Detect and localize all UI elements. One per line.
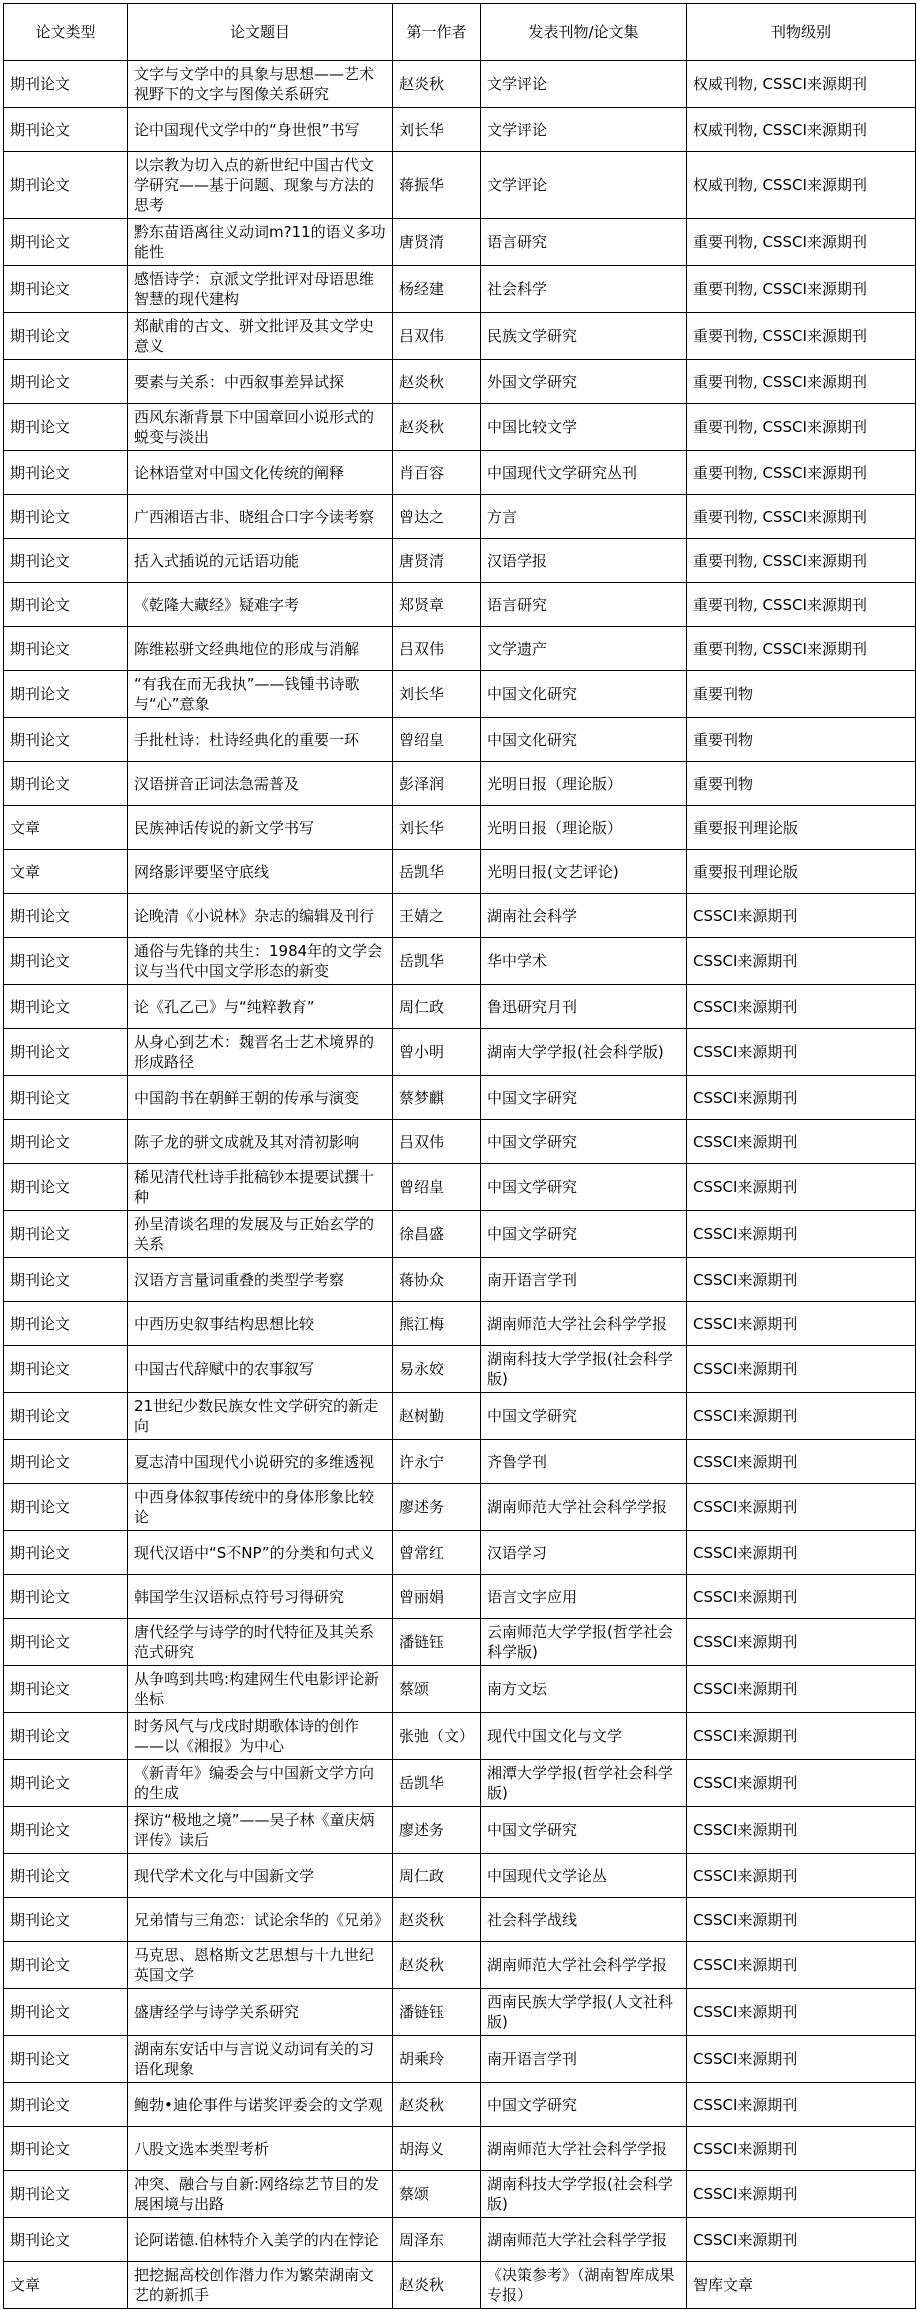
cell-journal-level: CSSCI来源期刊 (687, 1713, 916, 1760)
table-row: 期刊论文“有我在而无我执”——钱锺书诗歌与“心”意象刘长华中国文化研究重要刊物 (4, 671, 916, 718)
table-row: 文章把挖掘高校创作潜力作为繁荣湖南文艺的新抓手赵炎秋《决策参考》（湖南智库成果专… (4, 2262, 916, 2309)
cell-journal: 汉语学习 (481, 1531, 687, 1575)
cell-journal: 中国现代文学研究丛刊 (481, 451, 687, 495)
cell-paper-title: 中西身体叙事传统中的身体形象比较论 (128, 1484, 393, 1531)
cell-journal: 鲁迅研究月刊 (481, 985, 687, 1029)
table-body: 期刊论文文字与文学中的具象与思想——艺术视野下的文字与图像关系研究赵炎秋文学评论… (4, 61, 916, 2309)
table-row: 期刊论文现代汉语中“S不NP”的分类和句式义曾常红汉语学习CSSCI来源期刊 (4, 1531, 916, 1575)
cell-paper-title: 孙呈清谈名理的发展及与正始玄学的关系 (128, 1211, 393, 1258)
table-row: 期刊论文通俗与先锋的共生：1984年的文学会议与当代中国文学形态的新变岳凯华华中… (4, 938, 916, 985)
cell-paper-type: 期刊论文 (4, 152, 128, 219)
cell-paper-title: 从争鸣到共鸣:构建网生代电影评论新坐标 (128, 1666, 393, 1713)
cell-journal-level: CSSCI来源期刊 (687, 1346, 916, 1393)
header-paper-type: 论文类型 (4, 4, 128, 61)
cell-paper-title: 把挖掘高校创作潜力作为繁荣湖南文艺的新抓手 (128, 2262, 393, 2309)
cell-paper-title: 《乾隆大藏经》疑难字考 (128, 583, 393, 627)
cell-paper-type: 文章 (4, 2262, 128, 2309)
cell-journal-level: CSSCI来源期刊 (687, 894, 916, 938)
cell-journal: 南开语言学刊 (481, 2036, 687, 2083)
cell-journal: 中国现代文学论丛 (481, 1854, 687, 1898)
cell-journal-level: CSSCI来源期刊 (687, 1760, 916, 1807)
cell-journal-level: CSSCI来源期刊 (687, 1989, 916, 2036)
table-row: 期刊论文稀见清代杜诗手批稿钞本提要试撰十种曾绍皇中国文学研究CSSCI来源期刊 (4, 1164, 916, 1211)
cell-paper-type: 文章 (4, 850, 128, 894)
table-row: 期刊论文黔东苗语离往义动词m?11的语义多功能性唐贤清语言研究重要刊物, CSS… (4, 219, 916, 266)
cell-paper-title: 通俗与先锋的共生：1984年的文学会议与当代中国文学形态的新变 (128, 938, 393, 985)
cell-first-author: 熊江梅 (393, 1302, 481, 1346)
cell-journal-level: 重要刊物, CSSCI来源期刊 (687, 451, 916, 495)
cell-first-author: 岳凯华 (393, 850, 481, 894)
cell-paper-title: 汉语方言量词重叠的类型学考察 (128, 1258, 393, 1302)
cell-journal: 文学遗产 (481, 627, 687, 671)
cell-journal: 文学评论 (481, 152, 687, 219)
cell-journal-level: 重要刊物, CSSCI来源期刊 (687, 313, 916, 360)
cell-journal: 民族文学研究 (481, 313, 687, 360)
cell-paper-title: “有我在而无我执”——钱锺书诗歌与“心”意象 (128, 671, 393, 718)
cell-paper-title: 陈子龙的骈文成就及其对清初影响 (128, 1120, 393, 1164)
cell-first-author: 曾常红 (393, 1531, 481, 1575)
cell-paper-title: 陈维崧骈文经典地位的形成与消解 (128, 627, 393, 671)
cell-first-author: 赵炎秋 (393, 61, 481, 108)
cell-paper-type: 期刊论文 (4, 1898, 128, 1942)
cell-paper-title: 八股文选本类型考析 (128, 2127, 393, 2171)
cell-paper-title: 盛唐经学与诗学关系研究 (128, 1989, 393, 2036)
cell-journal-level: 智库文章 (687, 2262, 916, 2309)
cell-first-author: 刘长华 (393, 806, 481, 850)
table-row: 期刊论文手批杜诗：杜诗经典化的重要一环曾绍皇中国文化研究重要刊物 (4, 718, 916, 762)
cell-journal: 中国文学研究 (481, 1211, 687, 1258)
cell-paper-title: 《新青年》编委会与中国新文学方向的生成 (128, 1760, 393, 1807)
cell-paper-type: 期刊论文 (4, 1076, 128, 1120)
table-row: 期刊论文西风东渐背景下中国章回小说形式的蜕变与淡出赵炎秋中国比较文学重要刊物, … (4, 404, 916, 451)
cell-first-author: 赵炎秋 (393, 1898, 481, 1942)
cell-journal: 光明日报（理论版） (481, 806, 687, 850)
cell-first-author: 胡乘玲 (393, 2036, 481, 2083)
cell-journal-level: CSSCI来源期刊 (687, 1164, 916, 1211)
cell-paper-title: 论林语堂对中国文化传统的阐释 (128, 451, 393, 495)
cell-first-author: 蒋振华 (393, 152, 481, 219)
cell-journal-level: CSSCI来源期刊 (687, 1211, 916, 1258)
cell-first-author: 徐昌盛 (393, 1211, 481, 1258)
cell-first-author: 蒋协众 (393, 1258, 481, 1302)
cell-journal: 方言 (481, 495, 687, 539)
table-row: 期刊论文要素与关系：中西叙事差异试探赵炎秋外国文学研究重要刊物, CSSCI来源… (4, 360, 916, 404)
cell-journal-level: 重要刊物, CSSCI来源期刊 (687, 627, 916, 671)
cell-first-author: 曾绍皇 (393, 718, 481, 762)
cell-paper-type: 期刊论文 (4, 1302, 128, 1346)
cell-first-author: 潘链钰 (393, 1619, 481, 1666)
publication-table: 论文类型 论文题目 第一作者 发表刊物/论文集 刊物级别 期刊论文文字与文学中的… (3, 3, 916, 2309)
cell-journal: 中国文学研究 (481, 2083, 687, 2127)
cell-journal-level: 重要刊物 (687, 762, 916, 806)
cell-paper-title: 稀见清代杜诗手批稿钞本提要试撰十种 (128, 1164, 393, 1211)
cell-first-author: 曾绍皇 (393, 1164, 481, 1211)
table-row: 期刊论文陈子龙的骈文成就及其对清初影响吕双伟中国文学研究CSSCI来源期刊 (4, 1120, 916, 1164)
cell-journal: 华中学术 (481, 938, 687, 985)
cell-paper-title: 网络影评要坚守底线 (128, 850, 393, 894)
cell-paper-title: 时务风气与戊戌时期歌体诗的创作——以《湘报》为中心 (128, 1713, 393, 1760)
cell-first-author: 赵树勤 (393, 1393, 481, 1440)
cell-journal-level: CSSCI来源期刊 (687, 1076, 916, 1120)
cell-first-author: 彭泽润 (393, 762, 481, 806)
cell-journal-level: CSSCI来源期刊 (687, 1807, 916, 1854)
cell-paper-title: 括入式插说的元话语功能 (128, 539, 393, 583)
cell-journal-level: 重要刊物, CSSCI来源期刊 (687, 583, 916, 627)
cell-journal-level: 权威刊物, CSSCI来源期刊 (687, 152, 916, 219)
cell-paper-title: 中西历史叙事结构思想比较 (128, 1302, 393, 1346)
cell-journal: 语言文字应用 (481, 1575, 687, 1619)
cell-journal: 中国文学研究 (481, 1393, 687, 1440)
cell-journal: 南方文坛 (481, 1666, 687, 1713)
cell-journal: 湖南科技大学学报(社会科学版) (481, 2171, 687, 2218)
cell-first-author: 潘链钰 (393, 1989, 481, 2036)
cell-paper-type: 期刊论文 (4, 583, 128, 627)
cell-paper-title: 西风东渐背景下中国章回小说形式的蜕变与淡出 (128, 404, 393, 451)
cell-paper-type: 期刊论文 (4, 1531, 128, 1575)
table-row: 文章民族神话传说的新文学书写刘长华光明日报（理论版）重要报刊理论版 (4, 806, 916, 850)
cell-journal: 中国文化研究 (481, 718, 687, 762)
table-row: 期刊论文21世纪少数民族女性文学研究的新走向赵树勤中国文学研究CSSCI来源期刊 (4, 1393, 916, 1440)
cell-journal: 湖南科技大学学报(社会科学版) (481, 1346, 687, 1393)
cell-paper-title: 论中国现代文学中的“身世恨”书写 (128, 108, 393, 152)
cell-first-author: 周泽东 (393, 2218, 481, 2262)
cell-journal: 湖南师范大学社会科学学报 (481, 1484, 687, 1531)
cell-first-author: 岳凯华 (393, 938, 481, 985)
cell-journal: 中国文字研究 (481, 1076, 687, 1120)
cell-paper-title: 唐代经学与诗学的时代特征及其关系范式研究 (128, 1619, 393, 1666)
cell-paper-type: 期刊论文 (4, 1575, 128, 1619)
cell-paper-title: 民族神话传说的新文学书写 (128, 806, 393, 850)
cell-journal-level: CSSCI来源期刊 (687, 1666, 916, 1713)
cell-paper-type: 期刊论文 (4, 1484, 128, 1531)
cell-journal-level: CSSCI来源期刊 (687, 1120, 916, 1164)
table-row: 期刊论文兄弟情与三角恋：试论余华的《兄弟》赵炎秋社会科学战线CSSCI来源期刊 (4, 1898, 916, 1942)
cell-first-author: 曾小明 (393, 1029, 481, 1076)
cell-paper-type: 期刊论文 (4, 1989, 128, 2036)
cell-paper-type: 期刊论文 (4, 2036, 128, 2083)
cell-journal: 湖南师范大学社会科学学报 (481, 2218, 687, 2262)
table-row: 期刊论文郑献甫的古文、骈文批评及其文学史意义吕双伟民族文学研究重要刊物, CSS… (4, 313, 916, 360)
cell-paper-type: 期刊论文 (4, 1760, 128, 1807)
cell-paper-type: 期刊论文 (4, 1346, 128, 1393)
cell-journal: 中国比较文学 (481, 404, 687, 451)
cell-journal-level: CSSCI来源期刊 (687, 985, 916, 1029)
cell-paper-type: 期刊论文 (4, 1666, 128, 1713)
cell-journal-level: 重要报刊理论版 (687, 806, 916, 850)
cell-journal: 中国文化研究 (481, 671, 687, 718)
cell-paper-type: 期刊论文 (4, 718, 128, 762)
table-row: 期刊论文文字与文学中的具象与思想——艺术视野下的文字与图像关系研究赵炎秋文学评论… (4, 61, 916, 108)
cell-first-author: 王婧之 (393, 894, 481, 938)
cell-journal-level: CSSCI来源期刊 (687, 2218, 916, 2262)
cell-journal: 云南师范大学学报(哲学社会科学版) (481, 1619, 687, 1666)
table-row: 期刊论文孙呈清谈名理的发展及与正始玄学的关系徐昌盛中国文学研究CSSCI来源期刊 (4, 1211, 916, 1258)
cell-journal-level: 重要刊物, CSSCI来源期刊 (687, 360, 916, 404)
table-row: 期刊论文广西湘语古非、晓组合口字今读考察曾达之方言重要刊物, CSSCI来源期刊 (4, 495, 916, 539)
cell-journal: 中国文学研究 (481, 1120, 687, 1164)
cell-first-author: 廖述务 (393, 1484, 481, 1531)
cell-paper-type: 期刊论文 (4, 1713, 128, 1760)
table-row: 期刊论文《新青年》编委会与中国新文学方向的生成岳凯华湘潭大学学报(哲学社会科学版… (4, 1760, 916, 1807)
cell-paper-type: 期刊论文 (4, 1619, 128, 1666)
header-first-author: 第一作者 (393, 4, 481, 61)
cell-first-author: 岳凯华 (393, 1760, 481, 1807)
cell-paper-type: 期刊论文 (4, 938, 128, 985)
cell-journal: 湖南社会科学 (481, 894, 687, 938)
cell-journal: 湖南师范大学社会科学学报 (481, 1942, 687, 1989)
cell-paper-title: 湖南东安话中与言说义动词有关的习语化现象 (128, 2036, 393, 2083)
table-row: 期刊论文感悟诗学：京派文学批评对母语思维智慧的现代建构杨经建社会科学重要刊物, … (4, 266, 916, 313)
cell-journal: 南开语言学刊 (481, 1258, 687, 1302)
cell-journal-level: 权威刊物, CSSCI来源期刊 (687, 61, 916, 108)
header-paper-title: 论文题目 (128, 4, 393, 61)
cell-journal-level: 重要报刊理论版 (687, 850, 916, 894)
cell-journal-level: CSSCI来源期刊 (687, 1440, 916, 1484)
cell-paper-type: 期刊论文 (4, 313, 128, 360)
cell-first-author: 周仁政 (393, 985, 481, 1029)
cell-first-author: 吕双伟 (393, 313, 481, 360)
cell-journal-level: 权威刊物, CSSCI来源期刊 (687, 108, 916, 152)
cell-paper-title: 文字与文学中的具象与思想——艺术视野下的文字与图像关系研究 (128, 61, 393, 108)
table-row: 期刊论文冲突、融合与自新:网络综艺节目的发展困境与出路蔡颂湖南科技大学学报(社会… (4, 2171, 916, 2218)
cell-first-author: 唐贤清 (393, 539, 481, 583)
cell-journal-level: CSSCI来源期刊 (687, 2171, 916, 2218)
cell-first-author: 曾丽娟 (393, 1575, 481, 1619)
cell-journal-level: CSSCI来源期刊 (687, 1619, 916, 1666)
cell-journal: 光明日报（理论版） (481, 762, 687, 806)
cell-paper-title: 探访“极地之境”——吴子林《童庆炳评传》读后 (128, 1807, 393, 1854)
header-journal-level: 刊物级别 (687, 4, 916, 61)
cell-journal-level: CSSCI来源期刊 (687, 1258, 916, 1302)
table-row: 期刊论文唐代经学与诗学的时代特征及其关系范式研究潘链钰云南师范大学学报(哲学社会… (4, 1619, 916, 1666)
table-row: 期刊论文从身心到艺术：魏晋名士艺术境界的形成路径曾小明湖南大学学报(社会科学版)… (4, 1029, 916, 1076)
cell-paper-type: 期刊论文 (4, 1854, 128, 1898)
table-row: 期刊论文括入式插说的元话语功能唐贤清汉语学报重要刊物, CSSCI来源期刊 (4, 539, 916, 583)
cell-paper-type: 期刊论文 (4, 1029, 128, 1076)
table-row: 文章网络影评要坚守底线岳凯华光明日报(文艺评论)重要报刊理论版 (4, 850, 916, 894)
table-row: 期刊论文八股文选本类型考析胡海义湖南师范大学社会科学学报CSSCI来源期刊 (4, 2127, 916, 2171)
table-row: 期刊论文论阿诺德.伯林特介入美学的内在悖论周泽东湖南师范大学社会科学学报CSSC… (4, 2218, 916, 2262)
cell-paper-title: 21世纪少数民族女性文学研究的新走向 (128, 1393, 393, 1440)
cell-paper-type: 期刊论文 (4, 495, 128, 539)
cell-paper-title: 夏志清中国现代小说研究的多维透视 (128, 1440, 393, 1484)
cell-paper-title: 中国古代辞赋中的农事叙写 (128, 1346, 393, 1393)
cell-paper-type: 期刊论文 (4, 1807, 128, 1854)
table-row: 期刊论文中西历史叙事结构思想比较熊江梅湖南师范大学社会科学学报CSSCI来源期刊 (4, 1302, 916, 1346)
cell-first-author: 赵炎秋 (393, 2083, 481, 2127)
cell-journal-level: CSSCI来源期刊 (687, 1393, 916, 1440)
cell-paper-type: 期刊论文 (4, 627, 128, 671)
cell-first-author: 刘长华 (393, 671, 481, 718)
table-row: 期刊论文湖南东安话中与言说义动词有关的习语化现象胡乘玲南开语言学刊CSSCI来源… (4, 2036, 916, 2083)
cell-paper-title: 从身心到艺术：魏晋名士艺术境界的形成路径 (128, 1029, 393, 1076)
cell-paper-type: 期刊论文 (4, 2083, 128, 2127)
cell-journal: 汉语学报 (481, 539, 687, 583)
cell-journal: 《决策参考》（湖南智库成果专报） (481, 2262, 687, 2309)
cell-journal: 文学评论 (481, 61, 687, 108)
cell-journal: 社会科学战线 (481, 1898, 687, 1942)
cell-paper-type: 期刊论文 (4, 360, 128, 404)
cell-journal-level: 重要刊物 (687, 671, 916, 718)
cell-journal: 光明日报(文艺评论) (481, 850, 687, 894)
cell-first-author: 肖百容 (393, 451, 481, 495)
cell-journal: 湖南大学学报(社会科学版) (481, 1029, 687, 1076)
cell-journal: 文学评论 (481, 108, 687, 152)
table-row: 期刊论文现代学术文化与中国新文学周仁政中国现代文学论丛CSSCI来源期刊 (4, 1854, 916, 1898)
cell-first-author: 许永宁 (393, 1440, 481, 1484)
cell-paper-title: 韩国学生汉语标点符号习得研究 (128, 1575, 393, 1619)
cell-paper-type: 期刊论文 (4, 1211, 128, 1258)
table-row: 期刊论文夏志清中国现代小说研究的多维透视许永宁齐鲁学刊CSSCI来源期刊 (4, 1440, 916, 1484)
cell-journal-level: CSSCI来源期刊 (687, 1484, 916, 1531)
header-row: 论文类型 论文题目 第一作者 发表刊物/论文集 刊物级别 (4, 4, 916, 61)
cell-journal-level: CSSCI来源期刊 (687, 2036, 916, 2083)
cell-paper-title: 论阿诺德.伯林特介入美学的内在悖论 (128, 2218, 393, 2262)
cell-journal-level: CSSCI来源期刊 (687, 1029, 916, 1076)
table-row: 期刊论文论《孔乙己》与“纯粹教育”周仁政鲁迅研究月刊CSSCI来源期刊 (4, 985, 916, 1029)
cell-paper-type: 期刊论文 (4, 894, 128, 938)
cell-journal: 湖南师范大学社会科学学报 (481, 2127, 687, 2171)
table-row: 期刊论文汉语方言量词重叠的类型学考察蒋协众南开语言学刊CSSCI来源期刊 (4, 1258, 916, 1302)
cell-paper-title: 现代学术文化与中国新文学 (128, 1854, 393, 1898)
cell-first-author: 唐贤清 (393, 219, 481, 266)
cell-journal: 语言研究 (481, 583, 687, 627)
cell-paper-type: 文章 (4, 806, 128, 850)
cell-journal-level: 重要刊物, CSSCI来源期刊 (687, 495, 916, 539)
cell-paper-type: 期刊论文 (4, 1942, 128, 1989)
table-row: 期刊论文中西身体叙事传统中的身体形象比较论廖述务湖南师范大学社会科学学报CSSC… (4, 1484, 916, 1531)
cell-first-author: 易永姣 (393, 1346, 481, 1393)
cell-paper-title: 论晚清《小说林》杂志的编辑及刊行 (128, 894, 393, 938)
cell-first-author: 蔡梦麒 (393, 1076, 481, 1120)
table-row: 期刊论文时务风气与戊戌时期歌体诗的创作——以《湘报》为中心张弛（文）现代中国文化… (4, 1713, 916, 1760)
cell-first-author: 廖述务 (393, 1807, 481, 1854)
cell-paper-title: 马克思、恩格斯文艺思想与十九世纪英国文学 (128, 1942, 393, 1989)
cell-paper-title: 汉语拼音正词法急需普及 (128, 762, 393, 806)
table-row: 期刊论文盛唐经学与诗学关系研究潘链钰西南民族大学学报(人文社科版)CSSCI来源… (4, 1989, 916, 2036)
table-row: 期刊论文《乾隆大藏经》疑难字考郑贤章语言研究重要刊物, CSSCI来源期刊 (4, 583, 916, 627)
cell-paper-title: 中国韵书在朝鲜王朝的传承与演变 (128, 1076, 393, 1120)
cell-paper-type: 期刊论文 (4, 1393, 128, 1440)
cell-paper-type: 期刊论文 (4, 61, 128, 108)
cell-first-author: 蔡颂 (393, 2171, 481, 2218)
cell-journal: 现代中国文化与文学 (481, 1713, 687, 1760)
cell-first-author: 刘长华 (393, 108, 481, 152)
cell-journal-level: CSSCI来源期刊 (687, 2083, 916, 2127)
cell-journal: 语言研究 (481, 219, 687, 266)
cell-journal: 中国文学研究 (481, 1164, 687, 1211)
cell-journal-level: 重要刊物, CSSCI来源期刊 (687, 219, 916, 266)
cell-journal-level: CSSCI来源期刊 (687, 1854, 916, 1898)
cell-paper-title: 冲突、融合与自新:网络综艺节目的发展困境与出路 (128, 2171, 393, 2218)
cell-paper-title: 兄弟情与三角恋：试论余华的《兄弟》 (128, 1898, 393, 1942)
cell-journal: 湖南师范大学社会科学学报 (481, 1302, 687, 1346)
cell-paper-type: 期刊论文 (4, 451, 128, 495)
cell-first-author: 胡海义 (393, 2127, 481, 2171)
table-row: 期刊论文论林语堂对中国文化传统的阐释肖百容中国现代文学研究丛刊重要刊物, CSS… (4, 451, 916, 495)
cell-paper-title: 郑献甫的古文、骈文批评及其文学史意义 (128, 313, 393, 360)
cell-paper-type: 期刊论文 (4, 1120, 128, 1164)
cell-journal: 社会科学 (481, 266, 687, 313)
cell-journal: 中国文学研究 (481, 1807, 687, 1854)
cell-journal-level: 重要刊物 (687, 718, 916, 762)
cell-journal-level: 重要刊物, CSSCI来源期刊 (687, 539, 916, 583)
cell-first-author: 赵炎秋 (393, 2262, 481, 2309)
cell-paper-type: 期刊论文 (4, 266, 128, 313)
cell-first-author: 张弛（文） (393, 1713, 481, 1760)
cell-paper-type: 期刊论文 (4, 2127, 128, 2171)
cell-paper-type: 期刊论文 (4, 2218, 128, 2262)
cell-paper-type: 期刊论文 (4, 2171, 128, 2218)
cell-paper-type: 期刊论文 (4, 762, 128, 806)
table-row: 期刊论文论晚清《小说林》杂志的编辑及刊行王婧之湖南社会科学CSSCI来源期刊 (4, 894, 916, 938)
cell-journal-level: CSSCI来源期刊 (687, 1302, 916, 1346)
cell-paper-title: 要素与关系：中西叙事差异试探 (128, 360, 393, 404)
cell-journal-level: CSSCI来源期刊 (687, 1898, 916, 1942)
cell-first-author: 赵炎秋 (393, 360, 481, 404)
cell-journal: 齐鲁学刊 (481, 1440, 687, 1484)
cell-first-author: 吕双伟 (393, 627, 481, 671)
cell-paper-title: 论《孔乙己》与“纯粹教育” (128, 985, 393, 1029)
cell-paper-title: 现代汉语中“S不NP”的分类和句式义 (128, 1531, 393, 1575)
table-row: 期刊论文陈维崧骈文经典地位的形成与消解吕双伟文学遗产重要刊物, CSSCI来源期… (4, 627, 916, 671)
table-row: 期刊论文中国韵书在朝鲜王朝的传承与演变蔡梦麒中国文字研究CSSCI来源期刊 (4, 1076, 916, 1120)
cell-paper-title: 鲍勃•迪伦事件与诺奖评委会的文学观 (128, 2083, 393, 2127)
cell-first-author: 曾达之 (393, 495, 481, 539)
table-row: 期刊论文鲍勃•迪伦事件与诺奖评委会的文学观赵炎秋中国文学研究CSSCI来源期刊 (4, 2083, 916, 2127)
cell-journal-level: CSSCI来源期刊 (687, 2127, 916, 2171)
cell-journal-level: 重要刊物, CSSCI来源期刊 (687, 404, 916, 451)
cell-journal: 外国文学研究 (481, 360, 687, 404)
table-row: 期刊论文探访“极地之境”——吴子林《童庆炳评传》读后廖述务中国文学研究CSSCI… (4, 1807, 916, 1854)
cell-paper-type: 期刊论文 (4, 219, 128, 266)
cell-paper-type: 期刊论文 (4, 1258, 128, 1302)
cell-journal: 西南民族大学学报(人文社科版) (481, 1989, 687, 2036)
cell-journal-level: CSSCI来源期刊 (687, 1575, 916, 1619)
cell-journal-level: CSSCI来源期刊 (687, 938, 916, 985)
cell-paper-type: 期刊论文 (4, 671, 128, 718)
cell-journal-level: CSSCI来源期刊 (687, 1531, 916, 1575)
cell-first-author: 吕双伟 (393, 1120, 481, 1164)
cell-paper-type: 期刊论文 (4, 985, 128, 1029)
table-row: 期刊论文从争鸣到共鸣:构建网生代电影评论新坐标蔡颂南方文坛CSSCI来源期刊 (4, 1666, 916, 1713)
cell-first-author: 赵炎秋 (393, 1942, 481, 1989)
cell-paper-title: 手批杜诗：杜诗经典化的重要一环 (128, 718, 393, 762)
cell-first-author: 赵炎秋 (393, 404, 481, 451)
table-row: 期刊论文论中国现代文学中的“身世恨”书写刘长华文学评论权威刊物, CSSCI来源… (4, 108, 916, 152)
table-row: 期刊论文汉语拼音正词法急需普及彭泽润光明日报（理论版）重要刊物 (4, 762, 916, 806)
cell-first-author: 郑贤章 (393, 583, 481, 627)
cell-journal-level: 重要刊物, CSSCI来源期刊 (687, 266, 916, 313)
cell-journal-level: CSSCI来源期刊 (687, 1942, 916, 1989)
cell-paper-type: 期刊论文 (4, 108, 128, 152)
cell-paper-title: 感悟诗学：京派文学批评对母语思维智慧的现代建构 (128, 266, 393, 313)
cell-paper-title: 广西湘语古非、晓组合口字今读考察 (128, 495, 393, 539)
header-journal: 发表刊物/论文集 (481, 4, 687, 61)
cell-paper-type: 期刊论文 (4, 1164, 128, 1211)
table-row: 期刊论文以宗教为切入点的新世纪中国古代文学研究——基于问题、现象与方法的思考蒋振… (4, 152, 916, 219)
cell-paper-type: 期刊论文 (4, 404, 128, 451)
table-header: 论文类型 论文题目 第一作者 发表刊物/论文集 刊物级别 (4, 4, 916, 61)
cell-first-author: 杨经建 (393, 266, 481, 313)
table-row: 期刊论文韩国学生汉语标点符号习得研究曾丽娟语言文字应用CSSCI来源期刊 (4, 1575, 916, 1619)
cell-paper-title: 黔东苗语离往义动词m?11的语义多功能性 (128, 219, 393, 266)
cell-first-author: 蔡颂 (393, 1666, 481, 1713)
cell-paper-type: 期刊论文 (4, 539, 128, 583)
cell-paper-title: 以宗教为切入点的新世纪中国古代文学研究——基于问题、现象与方法的思考 (128, 152, 393, 219)
table-row: 期刊论文马克思、恩格斯文艺思想与十九世纪英国文学赵炎秋湖南师范大学社会科学学报C… (4, 1942, 916, 1989)
cell-first-author: 周仁政 (393, 1854, 481, 1898)
